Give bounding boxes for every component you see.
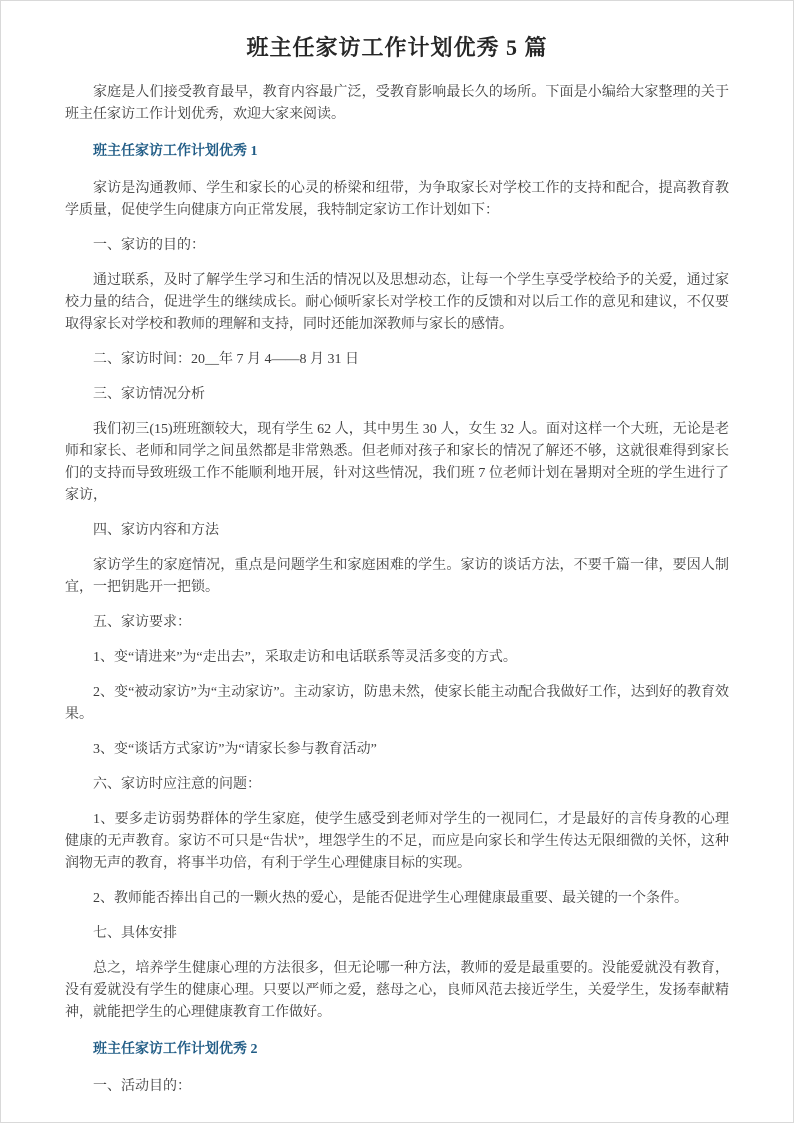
paragraph: 总之，培养学生健康心理的方法很多，但无论哪一种方法，教师的爱是最重要的。没能爱就… [65, 958, 729, 1024]
list-heading-analysis: 三、家访情况分析 [65, 384, 729, 406]
list-heading-activity-purpose: 一、活动目的： [65, 1076, 729, 1098]
list-heading-content-method: 四、家访内容和方法 [65, 520, 729, 542]
list-heading-attention: 六、家访时应注意的问题： [65, 774, 729, 796]
list-item-3: 3、变“谈话方式家访”为“请家长参与教育活动” [65, 739, 729, 761]
list-heading-purpose: 一、家访的目的： [65, 235, 729, 257]
paragraph: 家访是沟通教师、学生和家长的心灵的桥梁和纽带，为争取家长对学校工作的支持和配合，… [65, 178, 729, 222]
section-heading-plan-2: 班主任家访工作计划优秀 2 [65, 1039, 729, 1061]
section-heading-plan-1: 班主任家访工作计划优秀 1 [65, 141, 729, 163]
list-item-2: 2、变“被动家访”为“主动家访”。主动家访，防患未然，使家长能主动配合我做好工作… [65, 682, 729, 726]
document-title: 班主任家访工作计划优秀 5 篇 [65, 31, 729, 62]
document-page: 班主任家访工作计划优秀 5 篇 家庭是人们接受教育最早，教育内容最广泛，受教育影… [0, 0, 794, 1123]
list-item-2: 2、教师能否捧出自己的一颗火热的爱心，是能否促进学生心理健康最重要、最关键的一个… [65, 888, 729, 910]
intro-paragraph: 家庭是人们接受教育最早，教育内容最广泛，受教育影响最长久的场所。下面是小编给大家… [65, 82, 729, 126]
paragraph: 我们初三(15)班班额较大，现有学生 62 人，其中男生 30 人，女生 32 … [65, 419, 729, 507]
paragraph: 通过联系，及时了解学生学习和生活的情况以及思想动态，让每一个学生享受学校给予的关… [65, 270, 729, 336]
list-item-1: 1、要多走访弱势群体的学生家庭，使学生感受到老师对学生的一视同仁，才是最好的言传… [65, 809, 729, 875]
list-heading-time: 二、家访时间：20__年 7 月 4——8 月 31 日 [65, 349, 729, 371]
list-item-1: 1、变“请进来”为“走出去”，采取走访和电话联系等灵活多变的方式。 [65, 647, 729, 669]
list-heading-requirements: 五、家访要求： [65, 612, 729, 634]
list-heading-arrangement: 七、具体安排 [65, 923, 729, 945]
paragraph: 家访学生的家庭情况，重点是问题学生和家庭困难的学生。家访的谈话方法，不要千篇一律… [65, 555, 729, 599]
